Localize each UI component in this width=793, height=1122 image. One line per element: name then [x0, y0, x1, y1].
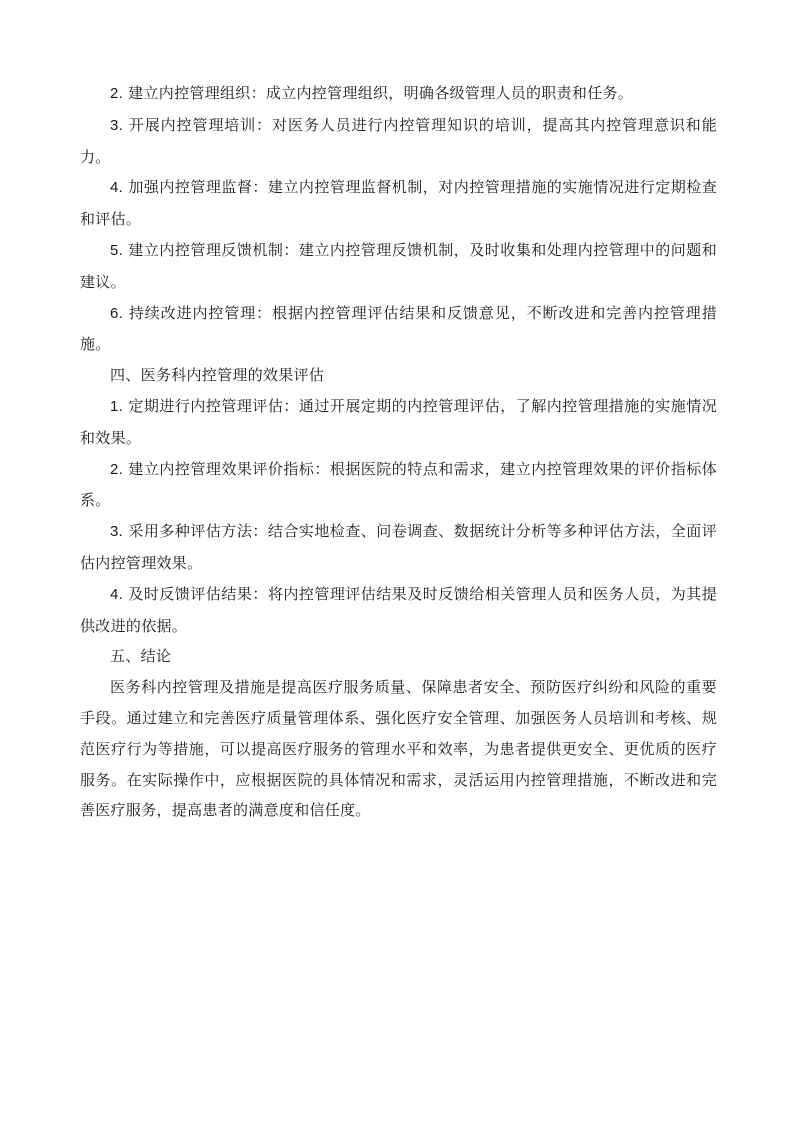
list-item-evaluation-indicators: 2. 建立内控管理效果评价指标：根据医院的特点和需求，建立内控管理效果的评价指标…: [80, 454, 717, 517]
item-number: 5.: [110, 242, 123, 259]
list-item-continuous-improvement: 6. 持续改进内控管理：根据内控管理评估结果和反馈意见，不断改进和完善内控管理措…: [80, 298, 717, 361]
list-item-evaluation-methods: 3. 采用多种评估方法：结合实地检查、问卷调查、数据统计分析等多种评估方法，全面…: [80, 516, 717, 579]
item-number: 2.: [110, 85, 123, 102]
list-item-build-organization: 2. 建立内控管理组织：成立内控管理组织，明确各级管理人员的职责和任务。: [80, 78, 717, 110]
item-text: 定期进行内控管理评估：通过开展定期的内控管理评估，了解内控管理措施的实施情况和效…: [80, 397, 717, 447]
item-text: 及时反馈评估结果：将内控管理评估结果及时反馈给相关管理人员和医务人员，为其提供改…: [80, 585, 717, 635]
item-text: 建立内控管理组织：成立内控管理组织，明确各级管理人员的职责和任务。: [128, 84, 633, 102]
item-text: 持续改进内控管理：根据内控管理评估结果和反馈意见，不断改进和完善内控管理措施。: [80, 304, 717, 354]
item-number: 4.: [110, 586, 123, 603]
body-text: 医务科内控管理及措施是提高医疗服务质量、保障患者安全、预防医疗纠纷和风险的重要手…: [80, 678, 717, 819]
list-item-feedback-mechanism: 5. 建立内控管理反馈机制：建立内控管理反馈机制，及时收集和处理内控管理中的问题…: [80, 235, 717, 298]
list-item-supervision: 4. 加强内控管理监督：建立内控管理监督机制，对内控管理措施的实施情况进行定期检…: [80, 172, 717, 235]
document-page: 2. 建立内控管理组织：成立内控管理组织，明确各级管理人员的职责和任务。 3. …: [80, 78, 717, 826]
item-number: 3.: [110, 117, 123, 134]
list-item-training: 3. 开展内控管理培训：对医务人员进行内控管理知识的培训，提高其内控管理意识和能…: [80, 110, 717, 173]
item-text: 建立内控管理反馈机制：建立内控管理反馈机制，及时收集和处理内控管理中的问题和建议…: [80, 241, 717, 291]
item-number: 1.: [110, 398, 123, 415]
item-text: 加强内控管理监督：建立内控管理监督机制，对内控管理措施的实施情况进行定期检查和评…: [80, 178, 717, 228]
item-text: 采用多种评估方法：结合实地检查、问卷调查、数据统计分析等多种评估方法，全面评估内…: [80, 522, 717, 572]
item-number: 2.: [110, 461, 123, 478]
list-item-periodic-evaluation: 1. 定期进行内控管理评估：通过开展定期的内控管理评估，了解内控管理措施的实施情…: [80, 391, 717, 454]
heading-text: 五、结论: [110, 647, 171, 665]
item-text: 开展内控管理培训：对医务人员进行内控管理知识的培训，提高其内控管理意识和能力。: [80, 116, 717, 166]
conclusion-paragraph: 医务科内控管理及措施是提高医疗服务质量、保障患者安全、预防医疗纠纷和风险的重要手…: [80, 672, 717, 826]
heading-text: 四、医务科内控管理的效果评估: [110, 366, 324, 384]
section-heading-conclusion: 五、结论: [80, 641, 717, 672]
list-item-timely-feedback: 4. 及时反馈评估结果：将内控管理评估结果及时反馈给相关管理人员和医务人员，为其…: [80, 579, 717, 642]
item-text: 建立内控管理效果评价指标：根据医院的特点和需求，建立内控管理效果的评价指标体系。: [80, 460, 717, 510]
item-number: 4.: [110, 179, 123, 196]
section-heading-evaluation: 四、医务科内控管理的效果评估: [80, 360, 717, 391]
item-number: 6.: [110, 305, 123, 322]
item-number: 3.: [110, 523, 123, 540]
